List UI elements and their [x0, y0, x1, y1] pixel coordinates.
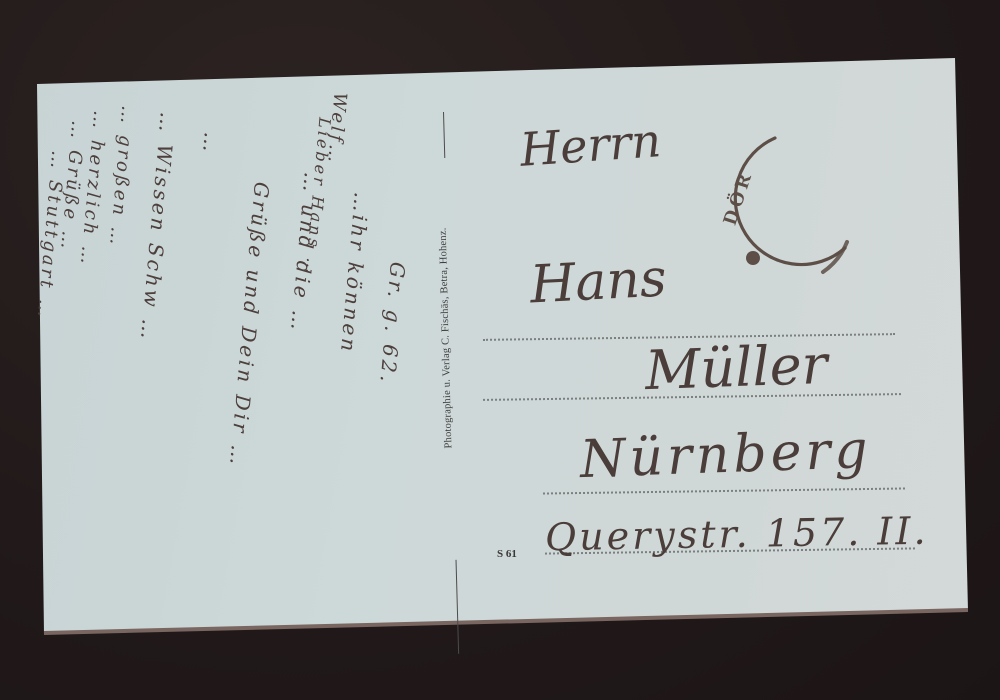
address-first-name: Hans — [529, 248, 668, 315]
address-last-name: Müller — [644, 333, 828, 402]
postmark-stamp-icon: DÖR — [705, 130, 865, 290]
address-city: Nürnberg — [579, 420, 872, 490]
address-salutation: Herrn — [518, 113, 662, 177]
postcard-surface — [0, 0, 1000, 700]
postcard: Welf… Lieber Hans … Gr. g. 62. …ihr könn… — [0, 0, 1000, 700]
svg-text:DÖR: DÖR — [718, 167, 757, 228]
series-code: S 61 — [497, 548, 517, 560]
photo-scene: Welf… Lieber Hans … Gr. g. 62. …ihr könn… — [0, 0, 1000, 700]
address-street: Querystr. 157. II. — [545, 509, 929, 560]
